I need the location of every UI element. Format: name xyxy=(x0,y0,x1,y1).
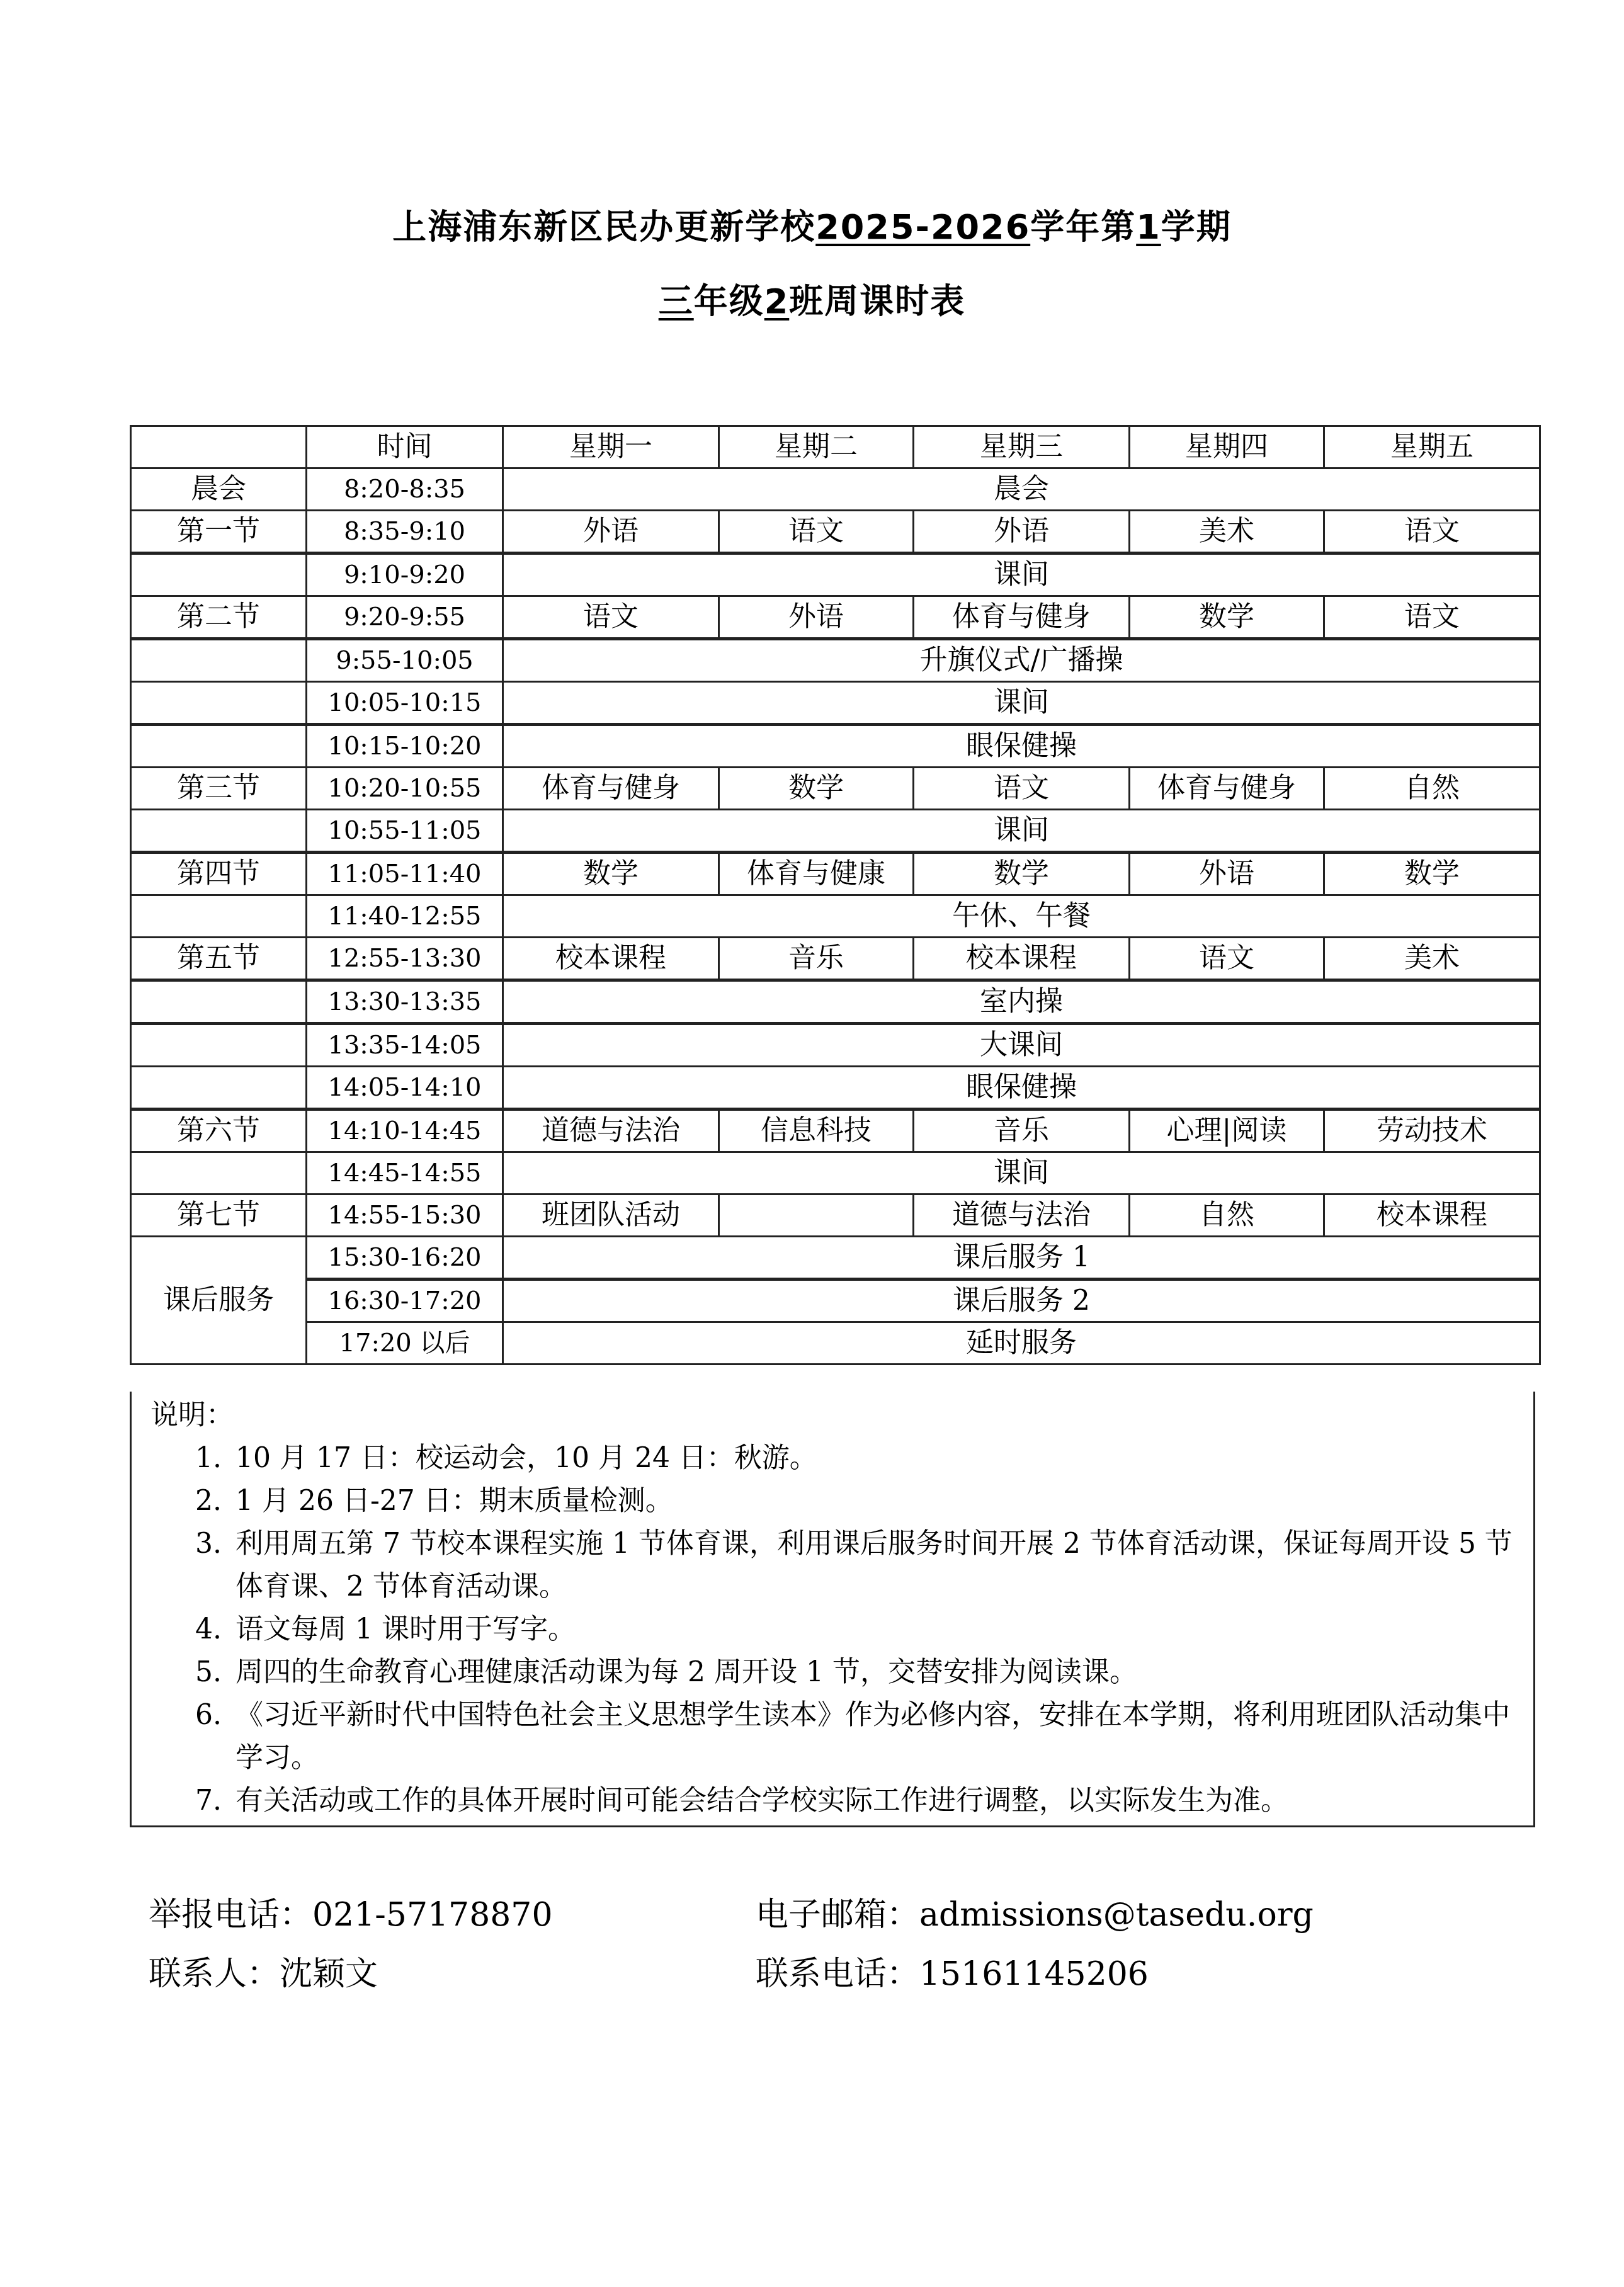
subject-cell: 数学 xyxy=(719,768,914,810)
time-cell: 14:10-14:45 xyxy=(307,1109,503,1152)
merged-activity-cell: 课间 xyxy=(503,1152,1540,1195)
header-cell: 星期一 xyxy=(503,426,719,468)
subject-cell: 心理|阅读 xyxy=(1130,1109,1324,1152)
note-text: 10 月 17 日：校运动会，10 月 24 日：秋游。 xyxy=(236,1437,1514,1480)
table-row: 10:55-11:05课间 xyxy=(131,810,1540,853)
note-number: 4. xyxy=(150,1608,236,1651)
subject-cell: 体育与健身 xyxy=(914,596,1130,639)
table-row: 11:40-12:55午休、午餐 xyxy=(131,895,1540,938)
document-title: 上海浦东新区民办更新学校2025-2026学年第1学期 xyxy=(0,200,1624,249)
header-cell: 星期四 xyxy=(1130,426,1324,468)
note-text: 有关活动或工作的具体开展时间可能会结合学校实际工作进行调整，以实际发生为准。 xyxy=(236,1779,1514,1822)
table-row: 第一节8:35-9:10外语语文外语美术语文 xyxy=(131,511,1540,553)
note-item: 7.有关活动或工作的具体开展时间可能会结合学校实际工作进行调整，以实际发生为准。 xyxy=(150,1779,1514,1822)
period-cell xyxy=(131,1024,307,1067)
table-row: 晨会8:20-8:35晨会 xyxy=(131,468,1540,511)
schedule-table: 时间 星期一 星期二 星期三 星期四 星期五 晨会8:20-8:35晨会第一节8… xyxy=(130,425,1541,1365)
notes-list: 1.10 月 17 日：校运动会，10 月 24 日：秋游。2.1 月 26 日… xyxy=(150,1437,1533,1822)
subject-cell: 校本课程 xyxy=(1324,1195,1540,1237)
merged-activity-cell: 课后服务 1 xyxy=(503,1237,1540,1280)
subject-cell: 美术 xyxy=(1324,938,1540,980)
time-cell: 8:35-9:10 xyxy=(307,511,503,553)
table-row: 14:45-14:55课间 xyxy=(131,1152,1540,1195)
subject-cell: 体育与健身 xyxy=(1130,768,1324,810)
period-cell: 第六节 xyxy=(131,1109,307,1152)
time-cell: 11:40-12:55 xyxy=(307,895,503,938)
time-cell: 8:20-8:35 xyxy=(307,468,503,511)
note-number: 7. xyxy=(150,1779,236,1822)
period-cell xyxy=(131,895,307,938)
period-cell: 课后服务 xyxy=(131,1237,307,1365)
table-header-row: 时间 星期一 星期二 星期三 星期四 星期五 xyxy=(131,426,1540,468)
table-row: 第五节12:55-13:30校本课程音乐校本课程语文美术 xyxy=(131,938,1540,980)
year-range: 2025-2026 xyxy=(815,207,1030,247)
time-cell: 14:45-14:55 xyxy=(307,1152,503,1195)
note-number: 1. xyxy=(150,1437,236,1480)
period-cell xyxy=(131,682,307,725)
merged-activity-cell: 课间 xyxy=(503,810,1540,853)
subject-cell: 数学 xyxy=(1324,853,1540,895)
contact-phone: 联系电话：15161145206 xyxy=(756,1947,1149,1994)
note-number: 2. xyxy=(150,1480,236,1523)
merged-activity-cell: 午休、午餐 xyxy=(503,895,1540,938)
subject-cell: 校本课程 xyxy=(503,938,719,980)
table-row: 13:35-14:05大课间 xyxy=(131,1024,1540,1067)
subject-cell: 音乐 xyxy=(914,1109,1130,1152)
notes-heading: 说明： xyxy=(150,1394,1533,1437)
table-row: 10:05-10:15课间 xyxy=(131,682,1540,725)
note-item: 2.1 月 26 日-27 日：期末质量检测。 xyxy=(150,1480,1514,1523)
subject-cell: 外语 xyxy=(1130,853,1324,895)
time-cell: 13:30-13:35 xyxy=(307,980,503,1024)
report-phone: 举报电话：021-57178870 xyxy=(149,1888,553,1935)
merged-activity-cell: 升旗仪式/广播操 xyxy=(503,639,1540,682)
time-cell: 13:35-14:05 xyxy=(307,1024,503,1067)
subject-cell: 数学 xyxy=(503,853,719,895)
subject-cell: 外语 xyxy=(503,511,719,553)
merged-activity-cell: 眼保健操 xyxy=(503,1067,1540,1109)
period-cell: 第一节 xyxy=(131,511,307,553)
merged-activity-cell: 课间 xyxy=(503,553,1540,596)
subject-cell: 语文 xyxy=(1324,596,1540,639)
subject-cell: 自然 xyxy=(1130,1195,1324,1237)
subject-cell: 语文 xyxy=(503,596,719,639)
merged-activity-cell: 大课间 xyxy=(503,1024,1540,1067)
period-cell xyxy=(131,1152,307,1195)
subject-cell: 校本课程 xyxy=(914,938,1130,980)
time-cell: 9:10-9:20 xyxy=(307,553,503,596)
period-cell: 第二节 xyxy=(131,596,307,639)
period-cell: 第四节 xyxy=(131,853,307,895)
note-item: 4.语文每周 1 课时用于写字。 xyxy=(150,1608,1514,1651)
semester-number: 1 xyxy=(1136,207,1161,247)
subject-cell: 班团队活动 xyxy=(503,1195,719,1237)
subject-cell: 语文 xyxy=(1130,938,1324,980)
note-text: 1 月 26 日-27 日：期末质量检测。 xyxy=(236,1480,1514,1523)
period-cell xyxy=(131,639,307,682)
table-row: 17:20 以后延时服务 xyxy=(131,1322,1540,1365)
time-cell: 10:05-10:15 xyxy=(307,682,503,725)
note-item: 3.利用周五第 7 节校本课程实施 1 节体育课，利用课后服务时间开展 2 节体… xyxy=(150,1523,1514,1608)
subject-cell: 数学 xyxy=(1130,596,1324,639)
note-text: 《习近平新时代中国特色社会主义思想学生读本》作为必修内容，安排在本学期，将利用班… xyxy=(236,1694,1514,1779)
merged-activity-cell: 课间 xyxy=(503,682,1540,725)
time-cell: 11:05-11:40 xyxy=(307,853,503,895)
table-row: 13:30-13:35室内操 xyxy=(131,980,1540,1024)
time-cell: 14:05-14:10 xyxy=(307,1067,503,1109)
subject-cell: 数学 xyxy=(914,853,1130,895)
header-cell: 星期三 xyxy=(914,426,1130,468)
note-item: 6.《习近平新时代中国特色社会主义思想学生读本》作为必修内容，安排在本学期，将利… xyxy=(150,1694,1514,1779)
period-cell xyxy=(131,725,307,768)
header-cell: 星期五 xyxy=(1324,426,1540,468)
table-row: 14:05-14:10眼保健操 xyxy=(131,1067,1540,1109)
merged-activity-cell: 晨会 xyxy=(503,468,1540,511)
subject-cell: 道德与法治 xyxy=(914,1195,1130,1237)
time-cell: 15:30-16:20 xyxy=(307,1237,503,1280)
subject-cell: 劳动技术 xyxy=(1324,1109,1540,1152)
merged-activity-cell: 课后服务 2 xyxy=(503,1280,1540,1322)
note-item: 1.10 月 17 日：校运动会，10 月 24 日：秋游。 xyxy=(150,1437,1514,1480)
class-number: 2 xyxy=(764,281,790,321)
grade-suffix: 年级 xyxy=(694,281,764,321)
note-text: 周四的生命教育心理健康活动课为每 2 周开设 1 节，交替安排为阅读课。 xyxy=(236,1651,1514,1694)
table-row: 第七节14:55-15:30班团队活动道德与法治自然校本课程 xyxy=(131,1195,1540,1237)
time-cell: 16:30-17:20 xyxy=(307,1280,503,1322)
subject-cell: 外语 xyxy=(719,596,914,639)
note-item: 5.周四的生命教育心理健康活动课为每 2 周开设 1 节，交替安排为阅读课。 xyxy=(150,1651,1514,1694)
time-cell: 10:55-11:05 xyxy=(307,810,503,853)
time-cell: 10:15-10:20 xyxy=(307,725,503,768)
contact-email: 电子邮箱：admissions@tasedu.org xyxy=(756,1888,1314,1935)
table-row: 课后服务15:30-16:20课后服务 1 xyxy=(131,1237,1540,1280)
grade: 三 xyxy=(659,281,694,321)
title-suffix: 学期 xyxy=(1161,207,1232,247)
header-cell: 时间 xyxy=(307,426,503,468)
note-number: 5. xyxy=(150,1651,236,1694)
subject-cell: 外语 xyxy=(914,511,1130,553)
subject-cell xyxy=(719,1195,914,1237)
subject-cell: 体育与健康 xyxy=(719,853,914,895)
notes-section: 说明： 1.10 月 17 日：校运动会，10 月 24 日：秋游。2.1 月 … xyxy=(130,1392,1535,1827)
subject-cell: 自然 xyxy=(1324,768,1540,810)
period-cell xyxy=(131,1067,307,1109)
subject-cell: 美术 xyxy=(1130,511,1324,553)
period-cell: 第三节 xyxy=(131,768,307,810)
merged-activity-cell: 室内操 xyxy=(503,980,1540,1024)
subject-cell: 音乐 xyxy=(719,938,914,980)
period-cell xyxy=(131,553,307,596)
table-row: 第二节9:20-9:55语文外语体育与健身数学语文 xyxy=(131,596,1540,639)
header-cell: 星期二 xyxy=(719,426,914,468)
subject-cell: 语文 xyxy=(1324,511,1540,553)
table-row: 9:55-10:05升旗仪式/广播操 xyxy=(131,639,1540,682)
time-cell: 9:55-10:05 xyxy=(307,639,503,682)
period-cell xyxy=(131,810,307,853)
table-row: 第三节10:20-10:55体育与健身数学语文体育与健身自然 xyxy=(131,768,1540,810)
period-cell: 第五节 xyxy=(131,938,307,980)
school-name: 上海浦东新区民办更新学校 xyxy=(392,207,815,247)
time-cell: 12:55-13:30 xyxy=(307,938,503,980)
title-mid: 学年第 xyxy=(1030,207,1136,247)
subject-cell: 语文 xyxy=(719,511,914,553)
subtitle-suffix: 班周课时表 xyxy=(789,281,965,321)
merged-activity-cell: 延时服务 xyxy=(503,1322,1540,1365)
table-row: 第六节14:10-14:45道德与法治信息科技音乐心理|阅读劳动技术 xyxy=(131,1109,1540,1152)
subject-cell: 信息科技 xyxy=(719,1109,914,1152)
note-number: 3. xyxy=(150,1523,236,1608)
document-subtitle: 三年级2班周课时表 xyxy=(0,275,1624,323)
time-cell: 10:20-10:55 xyxy=(307,768,503,810)
subject-cell: 体育与健身 xyxy=(503,768,719,810)
time-cell: 14:55-15:30 xyxy=(307,1195,503,1237)
subject-cell: 语文 xyxy=(914,768,1130,810)
note-text: 语文每周 1 课时用于写字。 xyxy=(236,1608,1514,1651)
table-row: 第四节11:05-11:40数学体育与健康数学外语数学 xyxy=(131,853,1540,895)
period-cell xyxy=(131,980,307,1024)
time-cell: 9:20-9:55 xyxy=(307,596,503,639)
time-cell: 17:20 以后 xyxy=(307,1322,503,1365)
contact-person: 联系人：沈颖文 xyxy=(149,1947,378,1994)
note-number: 6. xyxy=(150,1694,236,1779)
subject-cell: 道德与法治 xyxy=(503,1109,719,1152)
table-row: 10:15-10:20眼保健操 xyxy=(131,725,1540,768)
table-row: 16:30-17:20课后服务 2 xyxy=(131,1280,1540,1322)
note-text: 利用周五第 7 节校本课程实施 1 节体育课，利用课后服务时间开展 2 节体育活… xyxy=(236,1523,1514,1608)
header-cell xyxy=(131,426,307,468)
merged-activity-cell: 眼保健操 xyxy=(503,725,1540,768)
table-row: 9:10-9:20课间 xyxy=(131,553,1540,596)
period-cell: 晨会 xyxy=(131,468,307,511)
period-cell: 第七节 xyxy=(131,1195,307,1237)
